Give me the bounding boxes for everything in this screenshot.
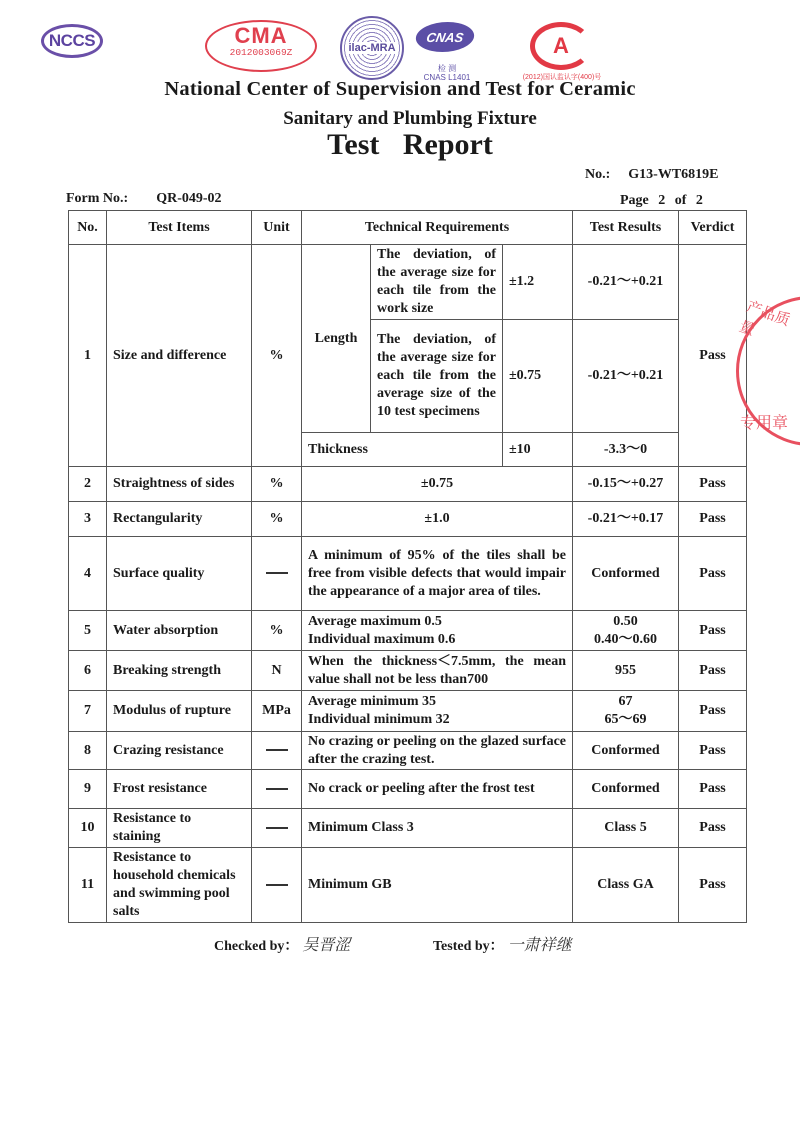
page-indicator: Page 2 of 2	[620, 193, 703, 209]
dash-mark	[266, 572, 288, 574]
checked-by: Checked by：吴晋涩	[214, 932, 350, 955]
requirement: Average maximum 0.5 Individual maximum 0…	[302, 611, 573, 651]
dash-mark	[266, 749, 288, 751]
requirement: No crack or peeling after the frost test	[302, 770, 573, 809]
tested-by-label: Tested by：	[433, 939, 504, 954]
length-label: Length	[302, 245, 371, 433]
cnas-mark: CNAS	[413, 22, 476, 52]
nccs-logo: NCCS	[41, 24, 103, 58]
row-no: 10	[69, 809, 107, 848]
col-test-items: Test Items	[107, 211, 252, 245]
table-row: 6 Breaking strength N When the thickness…	[69, 651, 747, 691]
test-result: 67 65～69	[573, 691, 679, 732]
test-result: Class 5	[573, 809, 679, 848]
table-row: 2 Straightness of sides % ±0.75 -0.15～+0…	[69, 467, 747, 502]
row-item: Modulus of rupture	[107, 691, 252, 732]
row-item: Water absorption	[107, 611, 252, 651]
form-number: Form No.:QR-049-02	[66, 191, 222, 207]
row-item: Surface quality	[107, 537, 252, 611]
table-header-row: No. Test Items Unit Technical Requiremen…	[69, 211, 747, 245]
verdict: Pass	[679, 537, 747, 611]
table-row: 3 Rectangularity % ±1.0 -0.21～+0.17 Pass	[69, 502, 747, 537]
row-unit: %	[252, 245, 302, 467]
report-no-label: No.:	[585, 167, 610, 182]
row-no: 2	[69, 467, 107, 502]
row-no: 7	[69, 691, 107, 732]
cma-code: 2012003069Z	[207, 47, 315, 59]
test-result: -0.15～+0.27	[573, 467, 679, 502]
test-result: -0.21～+0.21	[573, 320, 679, 433]
row-no: 8	[69, 732, 107, 770]
dash-mark	[266, 827, 288, 829]
ilac-mra-logo: ilac-MRA	[340, 16, 404, 80]
test-result: Class GA	[573, 848, 679, 923]
requirement: ±0.75	[302, 467, 573, 502]
verdict: Pass	[679, 848, 747, 923]
row-unit	[252, 770, 302, 809]
row-unit: %	[252, 502, 302, 537]
requirement-value: ±10	[503, 433, 573, 467]
requirement-line: Average minimum 35	[308, 693, 566, 711]
test-result: Conformed	[573, 770, 679, 809]
requirement-line: Average maximum 0.5	[308, 613, 566, 631]
requirement: When the thickness＜7.5mm, the mean value…	[302, 651, 573, 691]
row-no: 4	[69, 537, 107, 611]
verdict: Pass	[679, 691, 747, 732]
verdict: Pass	[679, 611, 747, 651]
row-unit: MPa	[252, 691, 302, 732]
row-unit	[252, 848, 302, 923]
cnas-sub1: 检 测	[414, 64, 480, 73]
requirement: ±1.0	[302, 502, 573, 537]
result-line: 65～69	[579, 711, 672, 729]
test-result: Conformed	[573, 537, 679, 611]
verdict: Pass	[679, 467, 747, 502]
requirement-line: Individual minimum 32	[308, 711, 566, 729]
row-unit: N	[252, 651, 302, 691]
thickness-label: Thickness	[302, 433, 503, 467]
requirement-line: Individual maximum 0.6	[308, 631, 566, 649]
requirement: No crazing or peeling on the glazed surf…	[302, 732, 573, 770]
result-line: 67	[579, 693, 672, 711]
row-no: 9	[69, 770, 107, 809]
requirement: Average minimum 35 Individual minimum 32	[302, 691, 573, 732]
cma-mark: CMA	[207, 25, 315, 47]
cnas-logo: CNAS	[416, 22, 476, 62]
row-no: 6	[69, 651, 107, 691]
col-unit: Unit	[252, 211, 302, 245]
col-test-results: Test Results	[573, 211, 679, 245]
row-no: 3	[69, 502, 107, 537]
requirement-desc: The deviation, of the average size for e…	[371, 245, 503, 320]
test-result: -0.21～+0.17	[573, 502, 679, 537]
checked-by-signature: 吴晋涩	[302, 935, 350, 954]
table-row: 4 Surface quality A minimum of 95% of th…	[69, 537, 747, 611]
verdict: Pass	[679, 651, 747, 691]
row-item: Resistance to staining	[107, 809, 252, 848]
row-unit	[252, 809, 302, 848]
test-results-table: No. Test Items Unit Technical Requiremen…	[68, 210, 747, 923]
requirement-desc: The deviation, of the average size for e…	[371, 320, 503, 433]
verdict: Pass	[679, 770, 747, 809]
row-no: 5	[69, 611, 107, 651]
requirement-value: ±0.75	[503, 320, 573, 433]
table-row: 5 Water absorption % Average maximum 0.5…	[69, 611, 747, 651]
test-result: 0.50 0.40～0.60	[573, 611, 679, 651]
page-title: Test Report	[0, 128, 800, 162]
test-result: -0.21～+0.21	[573, 245, 679, 320]
requirement: Minimum Class 3	[302, 809, 573, 848]
result-line: 0.50	[579, 613, 672, 631]
dash-mark	[266, 884, 288, 886]
form-no-value: QR-049-02	[156, 191, 221, 206]
table-row: 11 Resistance to household chemicals and…	[69, 848, 747, 923]
row-item: Straightness of sides	[107, 467, 252, 502]
ilac-text: ilac-MRA	[346, 42, 397, 54]
report-no-value: G13-WT6819E	[628, 167, 718, 182]
seal-text-bottom: 专用章	[740, 410, 788, 433]
report-number: No.:G13-WT6819E	[585, 167, 719, 183]
verdict: Pass	[679, 502, 747, 537]
row-unit	[252, 537, 302, 611]
row-unit: %	[252, 611, 302, 651]
table-row: 1 Size and difference % Length The devia…	[69, 245, 747, 320]
table-row: 9 Frost resistance No crack or peeling a…	[69, 770, 747, 809]
row-item: Resistance to household chemicals and sw…	[107, 848, 252, 923]
row-item: Size and difference	[107, 245, 252, 467]
test-result: 955	[573, 651, 679, 691]
col-technical-requirements: Technical Requirements	[302, 211, 573, 245]
col-verdict: Verdict	[679, 211, 747, 245]
row-no: 1	[69, 245, 107, 467]
tested-by: Tested by：一肃祥继	[433, 932, 572, 955]
row-item: Frost resistance	[107, 770, 252, 809]
requirement-value: ±1.2	[503, 245, 573, 320]
test-result: -3.3～0	[573, 433, 679, 467]
result-line: 0.40～0.60	[579, 631, 672, 649]
dash-mark	[266, 788, 288, 790]
table-row: 7 Modulus of rupture MPa Average minimum…	[69, 691, 747, 732]
row-item: Breaking strength	[107, 651, 252, 691]
row-unit: %	[252, 467, 302, 502]
verdict: Pass	[679, 245, 747, 467]
cma-logo: CMA 2012003069Z	[205, 20, 317, 72]
table-row: 10 Resistance to staining Minimum Class …	[69, 809, 747, 848]
cal-logo: A	[530, 22, 592, 70]
verdict: Pass	[679, 809, 747, 848]
checked-by-label: Checked by：	[214, 939, 298, 954]
verdict: Pass	[679, 732, 747, 770]
row-item: Rectangularity	[107, 502, 252, 537]
org-name-line2: Sanitary and Plumbing Fixture	[0, 108, 800, 130]
tested-by-signature: 一肃祥继	[508, 935, 572, 954]
requirement: Minimum GB	[302, 848, 573, 923]
test-result: Conformed	[573, 732, 679, 770]
table-row: 8 Crazing resistance No crazing or peeli…	[69, 732, 747, 770]
form-no-label: Form No.:	[66, 191, 128, 206]
row-no: 11	[69, 848, 107, 923]
org-name-line1: National Center of Supervision and Test …	[0, 78, 800, 101]
row-unit	[252, 732, 302, 770]
col-no: No.	[69, 211, 107, 245]
requirement: A minimum of 95% of the tiles shall be f…	[302, 537, 573, 611]
row-item: Crazing resistance	[107, 732, 252, 770]
